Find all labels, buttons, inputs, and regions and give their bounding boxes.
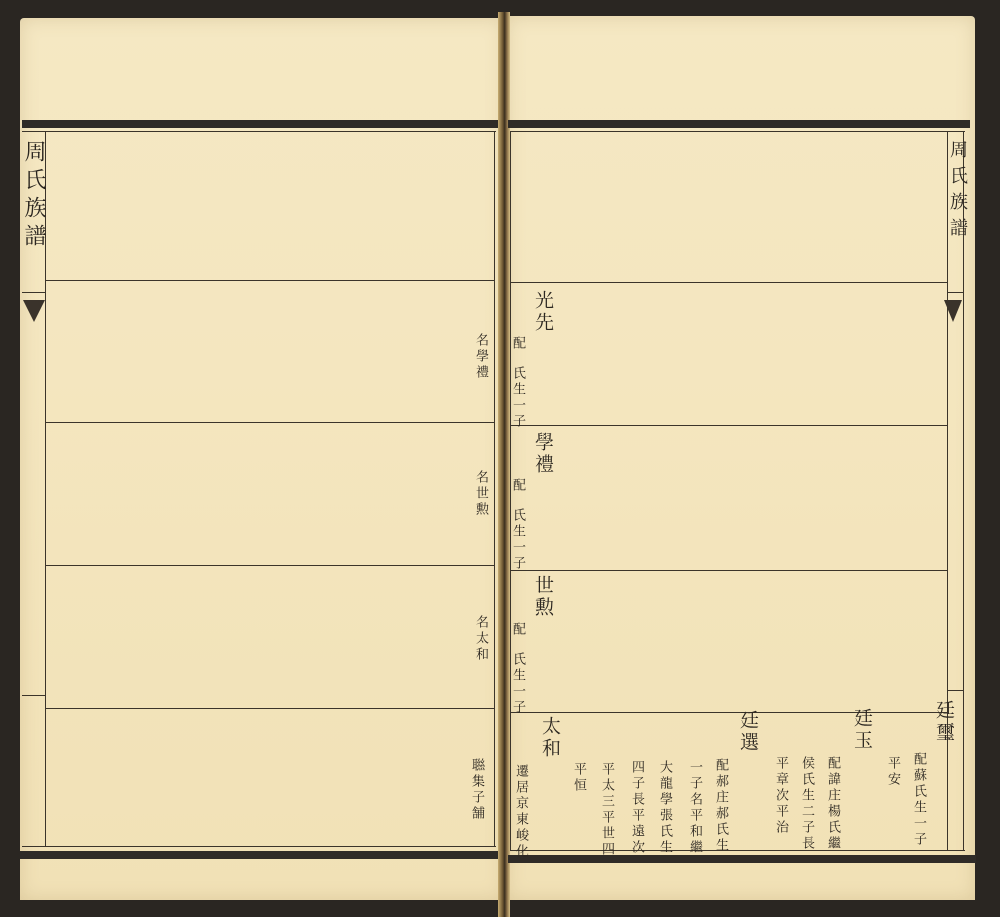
entry-column: 一子名平和繼 <box>688 760 701 856</box>
entry-column: 遷居京東峻化 <box>514 764 527 860</box>
bottom-border-left <box>22 846 496 847</box>
spouse-label: 配 <box>511 622 524 638</box>
margin-mark-right-lower <box>947 690 963 691</box>
top-border-left <box>22 131 496 132</box>
band-line-left-4 <box>45 708 494 709</box>
entry-column: 配諱庄楊氏繼 <box>826 756 839 852</box>
margin-mark-left <box>22 292 45 293</box>
band-line-right-4 <box>510 712 947 713</box>
person-name-tingxi: 廷璽 <box>934 700 953 744</box>
band-line-left-2 <box>45 422 494 423</box>
entry-column: 侯氏生二子長 <box>800 756 813 852</box>
entry-column: 四子長平遠次 <box>630 760 643 856</box>
band-line-right-2 <box>510 425 947 426</box>
band-line-right-3 <box>510 570 947 571</box>
left-page <box>20 18 504 900</box>
margin-mark-right <box>947 292 963 293</box>
bottom-rule-left <box>20 851 498 859</box>
fishtail-mark-right <box>944 300 962 322</box>
band-line-right-1 <box>510 282 947 283</box>
band-line-left-3 <box>45 565 494 566</box>
person-name-guangxian: 光先 <box>533 290 552 334</box>
entry-column: 配蘇氏生一子 <box>912 752 925 848</box>
margin-title-right: 周氏族譜 <box>948 140 966 244</box>
entry-column: 平恒 <box>572 762 585 794</box>
entry-column: 平章次平治 <box>774 756 787 836</box>
book-gutter <box>498 12 510 917</box>
fishtail-mark-left <box>23 300 45 322</box>
spouse-label: 配 <box>511 336 524 352</box>
left-entry-lianjizi: 聮集子舗 <box>470 758 483 822</box>
right-border-left <box>494 131 495 846</box>
top-rule-left <box>22 120 498 128</box>
entry-column: 配郝庄郝氏生 <box>714 758 727 854</box>
children-note: 氏生一子 <box>511 366 524 430</box>
person-name-shixun: 世勲 <box>533 575 552 619</box>
entry-column: 大龍學張氏生 <box>658 760 671 856</box>
children-note: 氏生一子 <box>511 508 524 572</box>
top-rule-right <box>508 120 970 128</box>
left-entry-xueli: 名學禮 <box>474 333 487 381</box>
children-note: 氏生一子 <box>511 652 524 716</box>
band-line-left-1 <box>45 280 494 281</box>
spouse-label: 配 <box>511 478 524 494</box>
entry-column: 平安 <box>886 756 899 788</box>
top-border-right <box>510 131 965 132</box>
person-name-xueli: 學禮 <box>533 432 552 476</box>
person-name-tingyu: 廷玉 <box>852 708 871 752</box>
margin-title-left: 周氏族譜 <box>22 140 44 252</box>
left-entry-taihe: 名太和 <box>474 615 487 663</box>
bottom-border-right <box>510 850 965 851</box>
left-entry-shixun: 名世勲 <box>474 470 487 518</box>
person-name-tingxuan: 廷選 <box>738 710 757 754</box>
person-name-taihe: 太和 <box>540 716 559 760</box>
entry-column: 平太三平世四 <box>600 762 613 858</box>
margin-mark-left-lower <box>22 695 45 696</box>
bottom-rule-right <box>508 855 976 863</box>
